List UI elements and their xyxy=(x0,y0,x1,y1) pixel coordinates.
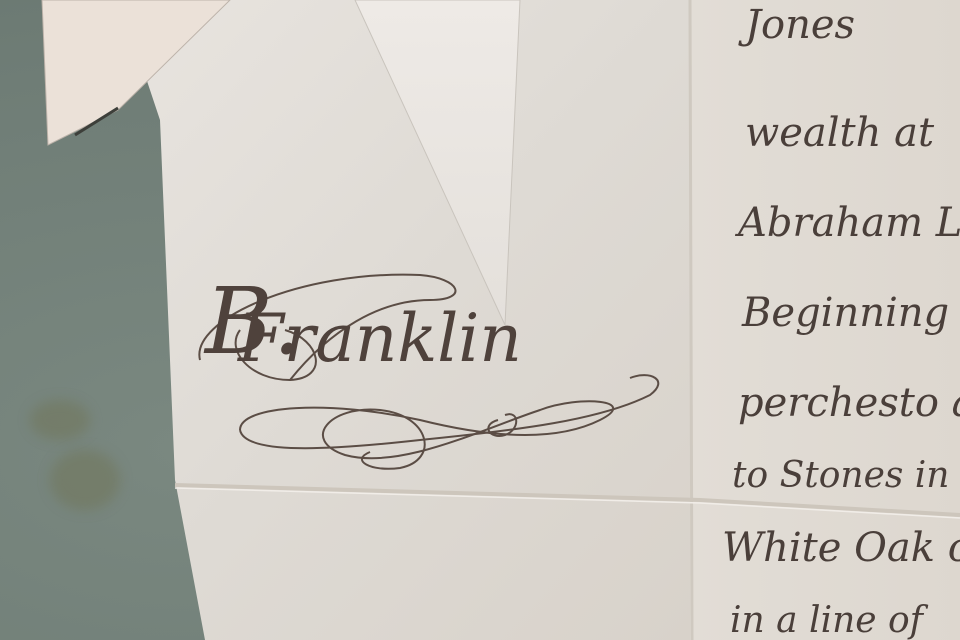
signature-surname: Franklin xyxy=(238,300,522,377)
handwritten-line: wealth at xyxy=(745,110,934,156)
handwritten-line: in a line of xyxy=(730,600,923,640)
handwritten-line: Beginning xyxy=(742,290,949,336)
document-photo: B. Franklin Jones wealth at Abraham L Be… xyxy=(0,0,960,640)
handwritten-line: White Oak of xyxy=(722,525,960,571)
handwritten-line: Abraham L xyxy=(738,200,960,246)
handwritten-line: Jones xyxy=(745,2,855,48)
handwritten-line: to Stones in xyxy=(732,455,950,496)
handwritten-line: perchesto a xyxy=(738,380,960,426)
